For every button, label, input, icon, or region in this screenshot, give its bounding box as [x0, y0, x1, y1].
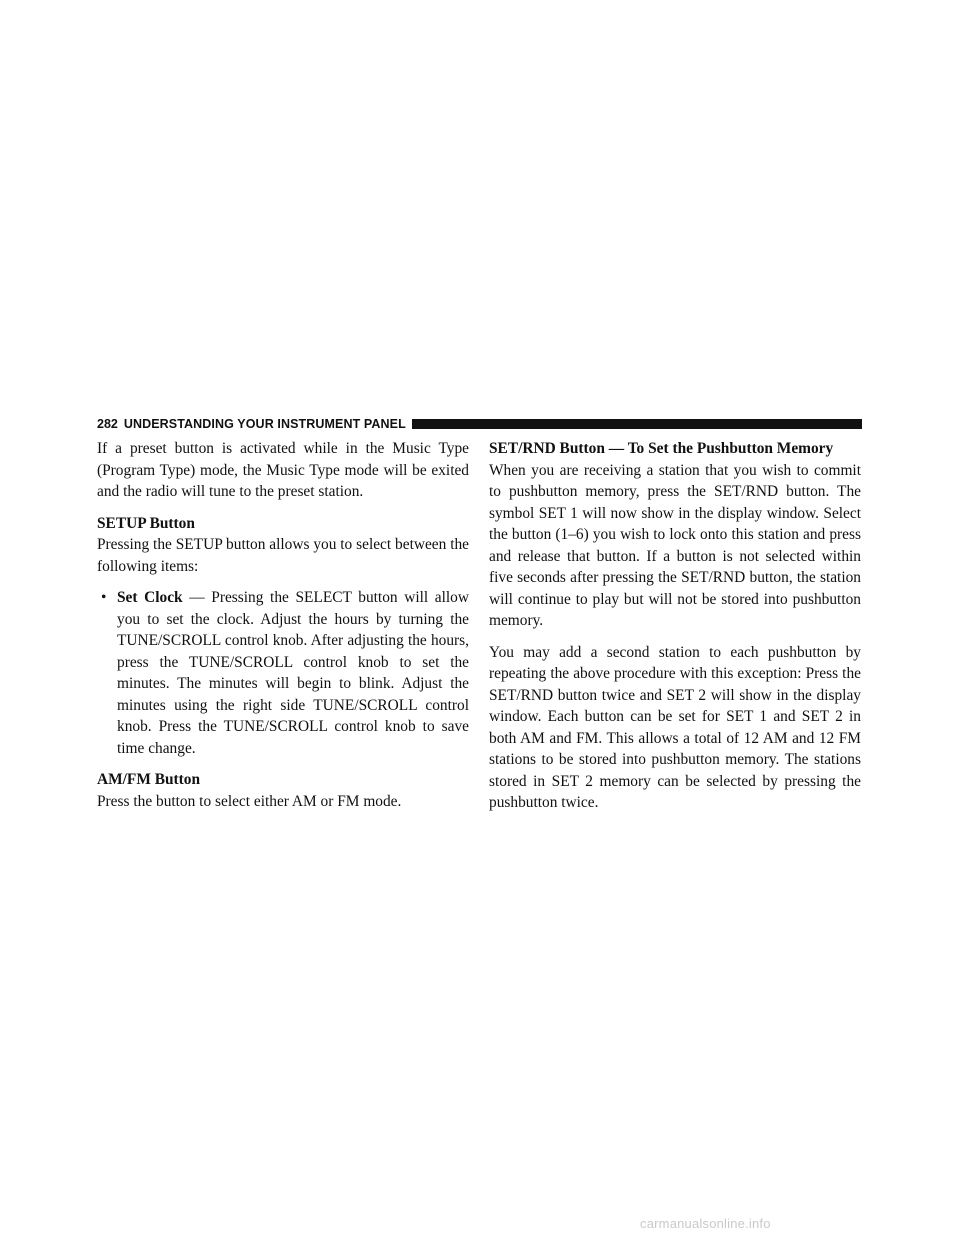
- right-column: SET/RND Button — To Set the Pushbutton M…: [489, 438, 861, 824]
- amfm-heading: AM/FM Button: [97, 769, 469, 791]
- left-column: If a preset button is activated while in…: [97, 438, 469, 822]
- setup-heading: SETUP Button: [97, 513, 469, 535]
- setup-paragraph: Pressing the SETUP button allows you to …: [97, 534, 469, 577]
- set-rnd-heading: SET/RND Button — To Set the Pushbutton M…: [489, 438, 861, 460]
- bullet-term: Set Clock: [117, 589, 183, 606]
- watermark: carmanualsonline.info: [640, 1216, 771, 1231]
- bullet-text: Set Clock — Pressing the SELECT button w…: [117, 587, 469, 759]
- set-rnd-paragraph-1: When you are receiving a station that yo…: [489, 460, 861, 632]
- page-header: 282 UNDERSTANDING YOUR INSTRUMENT PANEL: [97, 417, 862, 431]
- header-rule: [412, 419, 862, 429]
- section-title: UNDERSTANDING YOUR INSTRUMENT PANEL: [124, 417, 406, 431]
- amfm-paragraph: Press the button to select either AM or …: [97, 791, 469, 813]
- bullet-icon: •: [97, 587, 117, 759]
- set-clock-bullet: • Set Clock — Pressing the SELECT button…: [97, 587, 469, 759]
- page-number: 282: [97, 417, 118, 431]
- set-rnd-paragraph-2: You may add a second station to each pus…: [489, 642, 861, 814]
- intro-paragraph: If a preset button is activated while in…: [97, 438, 469, 503]
